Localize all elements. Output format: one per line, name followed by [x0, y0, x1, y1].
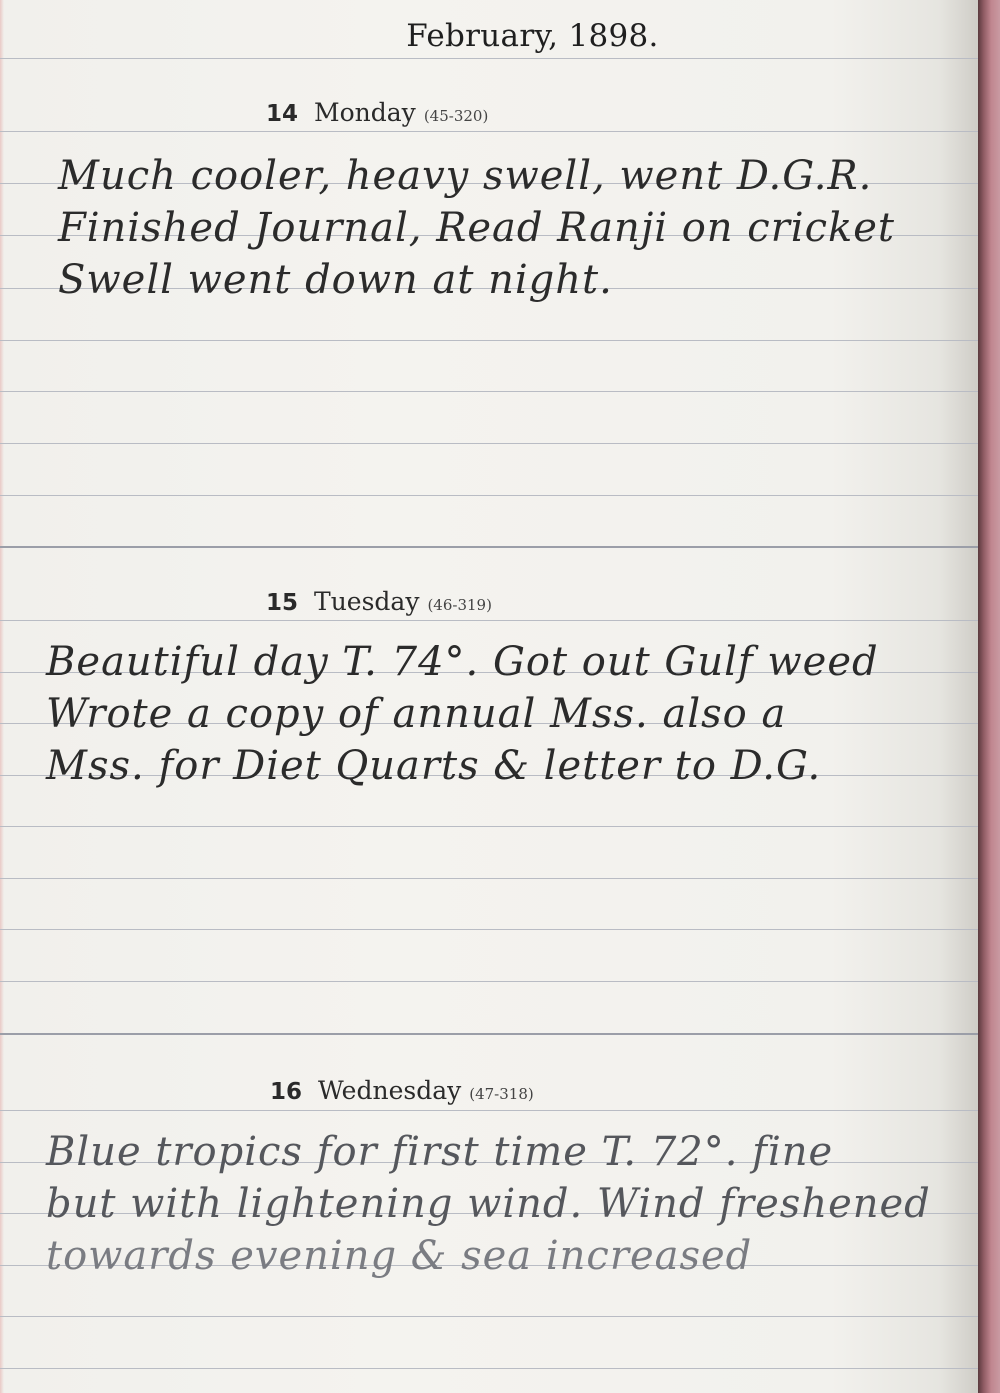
ruled-line	[0, 495, 978, 496]
entry-line: towards evening & sea increased	[46, 1230, 976, 1282]
ruled-line	[0, 620, 978, 621]
ruled-line	[0, 929, 978, 930]
ruled-line	[0, 391, 978, 392]
section-divider	[0, 1033, 978, 1035]
day-of-year-count: (46-319)	[427, 596, 492, 614]
ruled-line	[0, 878, 978, 879]
section-divider	[0, 546, 978, 548]
book-binding-edge	[978, 0, 1000, 1393]
diary-entry-14: Much cooler, heavy swell, went D.G.R. Fi…	[58, 150, 988, 306]
header-rule	[0, 58, 978, 59]
entry-line: Finished Journal, Read Ranji on cricket	[58, 202, 988, 254]
entry-line: Blue tropics for first time T. 72°. fine	[46, 1126, 976, 1178]
day-of-year-count: (45-320)	[424, 107, 489, 125]
ruled-line	[0, 981, 978, 982]
day-heading-16: 16Wednesday(47-318)	[270, 1076, 534, 1105]
day-weekday: Monday	[314, 98, 416, 127]
ruled-line	[0, 1368, 978, 1369]
entry-line: but with lightening wind. Wind freshened	[46, 1178, 976, 1230]
page-edge	[0, 0, 4, 1393]
entry-line: Swell went down at night.	[58, 254, 988, 306]
day-number: 15	[266, 590, 298, 616]
entry-line: Beautiful day T. 74°. Got out Gulf weed	[46, 636, 976, 688]
ruled-line	[0, 340, 978, 341]
day-weekday: Wednesday	[318, 1076, 461, 1105]
entry-line: Mss. for Diet Quarts & letter to D.G.	[46, 740, 976, 792]
entry-line: Wrote a copy of annual Mss. also a	[46, 688, 976, 740]
ruled-line	[0, 443, 978, 444]
ruled-line	[0, 1110, 978, 1111]
day-of-year-count: (47-318)	[469, 1085, 534, 1103]
diary-entry-15: Beautiful day T. 74°. Got out Gulf weed …	[46, 636, 976, 792]
day-number: 14	[266, 101, 298, 127]
entry-line: Much cooler, heavy swell, went D.G.R.	[58, 150, 988, 202]
diary-page: February, 1898. 14Monday(45-320) Much co…	[0, 0, 978, 1393]
ruled-line	[0, 131, 978, 132]
ruled-line	[0, 1316, 978, 1317]
day-heading-15: 15Tuesday(46-319)	[266, 587, 492, 616]
ruled-line	[0, 826, 978, 827]
diary-entry-16: Blue tropics for first time T. 72°. fine…	[46, 1126, 976, 1282]
day-heading-14: 14Monday(45-320)	[266, 98, 488, 127]
day-number: 16	[270, 1079, 302, 1105]
day-weekday: Tuesday	[314, 587, 419, 616]
month-title: February, 1898.	[0, 18, 1000, 54]
